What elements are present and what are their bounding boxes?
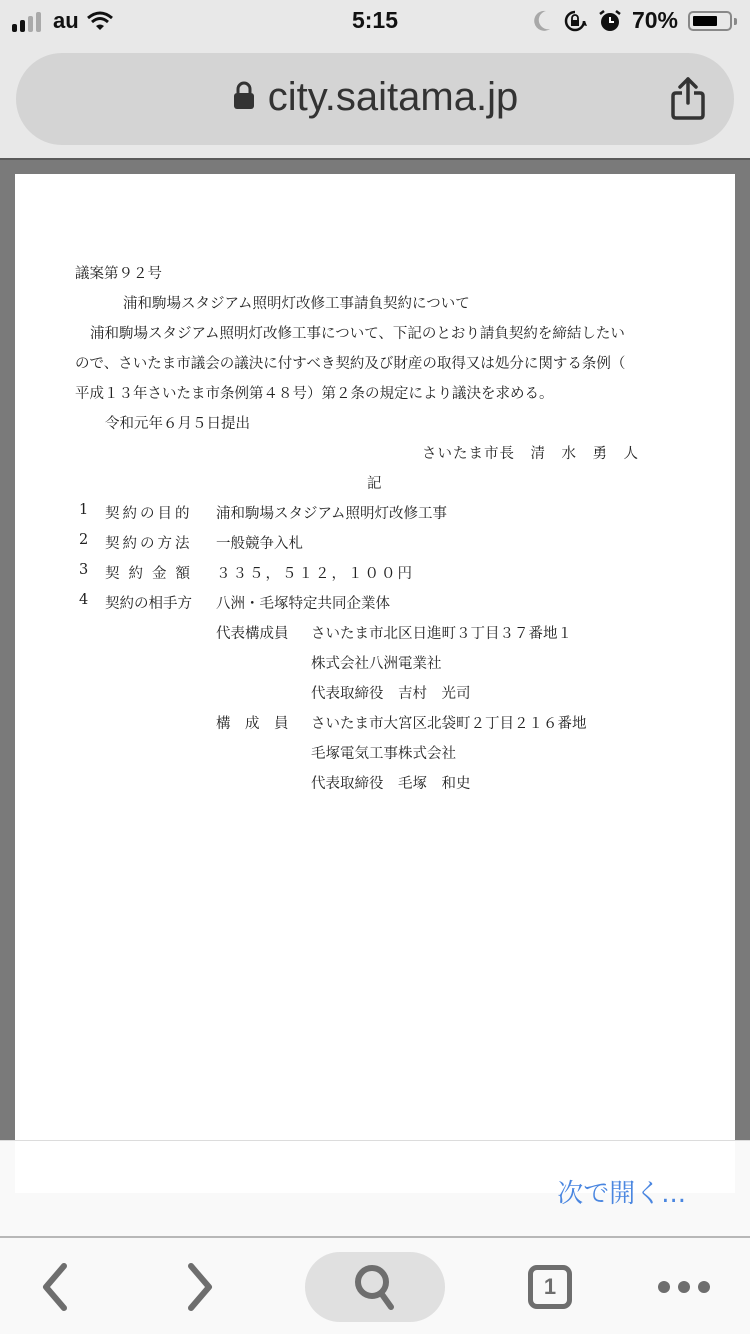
url-text: city.saitama.jp bbox=[268, 75, 518, 119]
document-title: 浦和駒場スタジアム照明灯改修工事請負契約について bbox=[123, 292, 470, 313]
member-line: 代表取締役 毛塚 和史 bbox=[311, 772, 471, 793]
battery-percent: 70% bbox=[632, 7, 678, 34]
address-bar[interactable]: city.saitama.jp bbox=[16, 53, 734, 145]
share-icon[interactable] bbox=[670, 77, 706, 121]
status-bar: au 5:15 70% bbox=[0, 0, 750, 44]
item-value: 浦和駒場スタジアム照明灯改修工事 bbox=[216, 502, 447, 523]
back-button[interactable] bbox=[30, 1252, 80, 1322]
forward-icon bbox=[185, 1262, 215, 1312]
rotation-lock-icon bbox=[562, 8, 588, 34]
item-number: 2 bbox=[79, 532, 88, 548]
member-line: さいたま市北区日進町３丁目３７番地１ bbox=[311, 622, 572, 643]
back-icon bbox=[40, 1262, 70, 1312]
signatory: さいたま市長 清 水 勇 人 bbox=[422, 442, 639, 463]
item-value: 一般競争入札 bbox=[216, 532, 303, 553]
more-button[interactable] bbox=[652, 1252, 716, 1322]
body-line: 浦和駒場スタジアム照明灯改修工事について、下記のとおり請負契約を締結したい bbox=[90, 322, 625, 343]
ki-heading: 記 bbox=[367, 472, 382, 493]
body-line: 平成１３年さいたま市条例第４８号）第２条の規定により議決を求める。 bbox=[75, 382, 554, 403]
item-label: 契約の方法 bbox=[105, 532, 193, 553]
item-label: 契約金額 bbox=[105, 562, 199, 583]
tab-count: 1 bbox=[544, 1274, 556, 1300]
open-in-button[interactable]: 次で開く... bbox=[557, 1173, 686, 1210]
search-icon bbox=[352, 1262, 398, 1312]
alarm-icon bbox=[598, 9, 622, 33]
member-role: 代表構成員 bbox=[216, 622, 289, 643]
bill-number: 議案第９２号 bbox=[75, 262, 162, 283]
open-in-bar: 次で開く... bbox=[0, 1140, 750, 1237]
browser-toolbar: 1 bbox=[0, 1236, 750, 1334]
battery-icon bbox=[688, 11, 732, 31]
more-icon bbox=[656, 1280, 712, 1294]
member-line: さいたま市大宮区北袋町２丁目２１６番地 bbox=[311, 712, 587, 733]
member-line: 株式会社八洲電業社 bbox=[311, 652, 442, 673]
forward-button[interactable] bbox=[175, 1252, 225, 1322]
item-number: 4 bbox=[79, 592, 88, 608]
submission-date: 令和元年６月５日提出 bbox=[105, 412, 250, 433]
member-line: 代表取締役 吉村 光司 bbox=[311, 682, 471, 703]
body-line: ので、さいたま市議会の議決に付すべき契約及び財産の取得又は処分に関する条例（ bbox=[75, 352, 625, 373]
item-number: 1 bbox=[79, 502, 88, 518]
pdf-page[interactable]: 議案第９２号 浦和駒場スタジアム照明灯改修工事請負契約について 浦和駒場スタジア… bbox=[15, 174, 735, 1194]
item-value: ３３５，５１２，１００円 bbox=[216, 562, 414, 583]
item-label: 契約の目的 bbox=[105, 502, 193, 523]
item-value: 八洲・毛塚特定共同企業体 bbox=[216, 592, 390, 613]
item-label: 契約の相手方 bbox=[105, 592, 192, 613]
member-role: 構 成 員 bbox=[216, 712, 289, 733]
item-number: 3 bbox=[79, 562, 88, 578]
tabs-button[interactable]: 1 bbox=[522, 1252, 578, 1322]
search-button[interactable] bbox=[305, 1252, 445, 1322]
tabs-icon: 1 bbox=[528, 1265, 572, 1309]
browser-header: city.saitama.jp bbox=[0, 44, 750, 160]
member-line: 毛塚電気工事株式会社 bbox=[311, 742, 456, 763]
lock-icon bbox=[232, 80, 256, 110]
moon-icon bbox=[532, 9, 552, 33]
